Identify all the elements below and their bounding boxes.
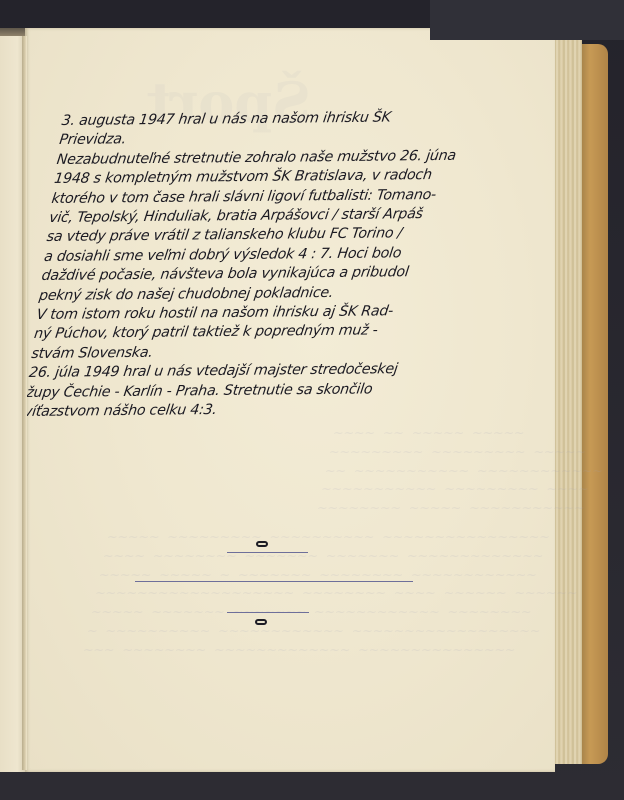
- text-line: víťazstvom nášho celku 4:3.: [23, 398, 516, 423]
- scanned-book-scene: Šport ~~~~ ~~ ~~~~~ ~~~~~ ~~~~~~~~~ ~~~~…: [0, 0, 624, 800]
- short-rule-bottom: [227, 612, 309, 613]
- long-rule-middle: [135, 581, 413, 582]
- book-gutter: [22, 36, 27, 770]
- oval-mark-top: [256, 541, 268, 547]
- short-rule-top: [227, 552, 308, 553]
- book-page: Šport ~~~~ ~~ ~~~~~ ~~~~~ ~~~~~~~~~ ~~~~…: [25, 28, 555, 772]
- page-edge-stack: [552, 29, 582, 764]
- handwritten-text-block: 3. augusta 1947 hral u nás na našom ihri…: [23, 107, 554, 423]
- oval-mark-bottom: [255, 619, 267, 625]
- back-cover-board: [578, 44, 608, 764]
- bleed-through-text-lower: ~~~~~ ~~~~~~~~~ ~~~~~~~~~~ ~~~~~~~~~~~~~…: [81, 528, 591, 660]
